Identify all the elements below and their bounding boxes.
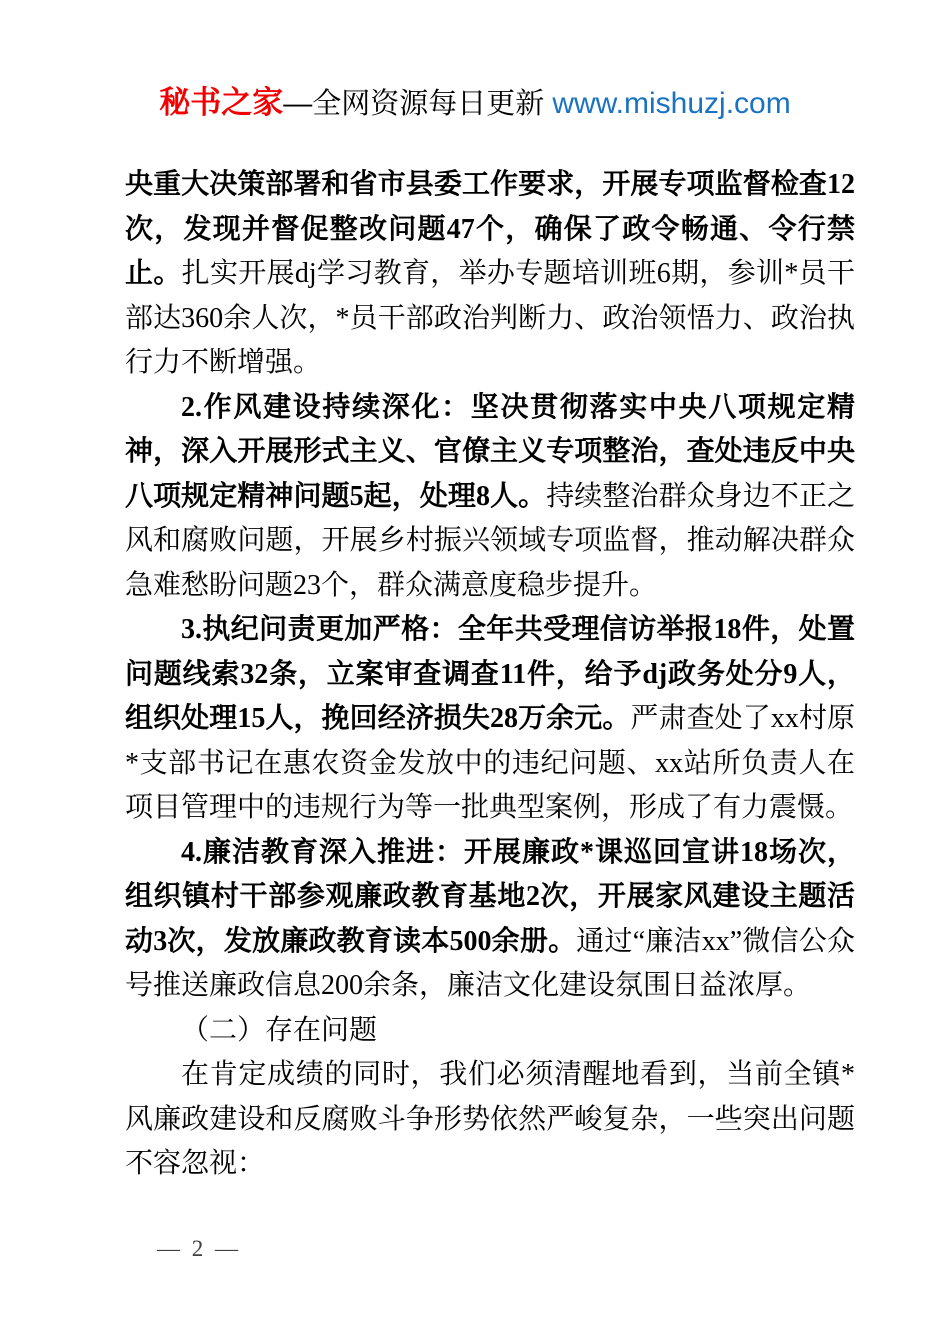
- body-text-segment: （二）存在问题: [181, 1015, 377, 1046]
- page-number: — 2 —: [157, 1236, 241, 1262]
- site-url-link[interactable]: www.mishuzj.com: [552, 87, 790, 120]
- site-header: 秘书之家—全网资源每日更新 www.mishuzj.com: [0, 84, 950, 123]
- paragraph: 2.作风建设持续深化：坚决贯彻落实中央八项规定精神，深入开展形式主义、官僚主义专…: [125, 386, 855, 609]
- body-text-segment: 在肯定成绩的同时，我们必须清醒地看到，当前全镇*风廉政建设和反腐败斗争形势依然严…: [125, 1059, 855, 1179]
- site-tagline: —全网资源每日更新: [283, 88, 544, 120]
- document-page: 秘书之家—全网资源每日更新 www.mishuzj.com 央重大决策部署和省市…: [0, 0, 950, 1344]
- paragraph: 4.廉洁教育深入推进：开展廉政*课巡回宣讲18场次，组织镇村干部参观廉政教育基地…: [125, 831, 855, 1009]
- document-body: 央重大决策部署和省市县委工作要求，开展专项监督检查12次，发现并督促整改问题47…: [125, 163, 855, 1187]
- paragraph: （二）存在问题: [125, 1009, 855, 1054]
- paragraph: 3.执纪问责更加严格：全年共受理信访举报18件，处置问题线索32条，立案审查调查…: [125, 608, 855, 831]
- body-text-segment: 扎实开展dj学习教育，举办专题培训班6期，参训*员干部达360余人次，*员干部政…: [125, 258, 855, 378]
- paragraph: 央重大决策部署和省市县委工作要求，开展专项监督检查12次，发现并督促整改问题47…: [125, 163, 855, 386]
- paragraph: 在肯定成绩的同时，我们必须清醒地看到，当前全镇*风廉政建设和反腐败斗争形势依然严…: [125, 1053, 855, 1187]
- site-brand: 秘书之家: [159, 85, 283, 120]
